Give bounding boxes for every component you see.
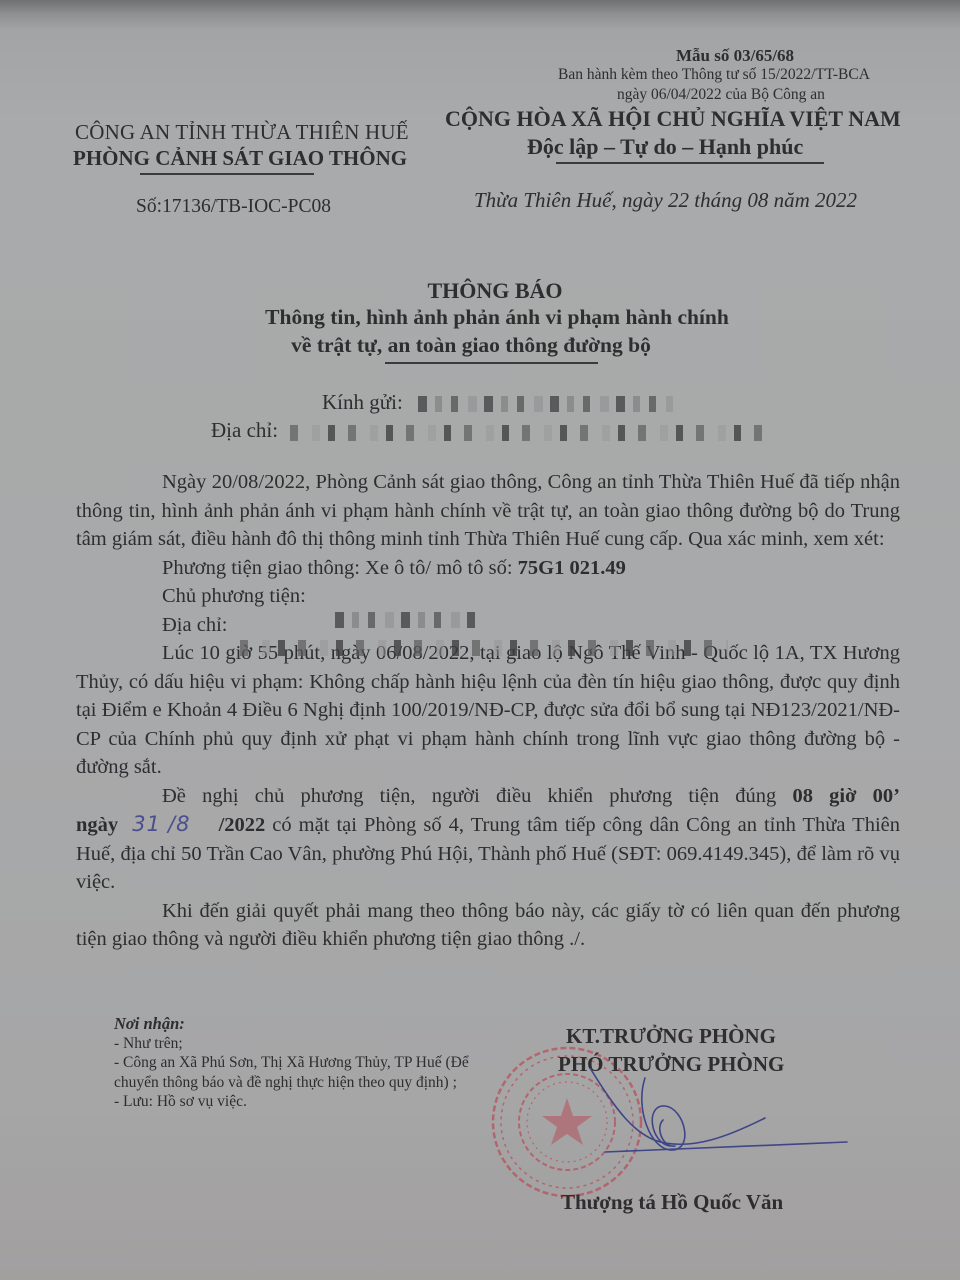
owner-name-redacted [335, 612, 475, 628]
paragraph-violation: Lúc 10 giờ 55 phút, ngày 06/08/2022, tại… [76, 639, 900, 782]
document-subtitle-line-1: Thông tin, hình ảnh phản ánh vi phạm hàn… [0, 305, 960, 330]
document-subtitle-line-2: về trật tự, an toàn giao thông đường bộ [0, 333, 942, 358]
recipients-list: Nơi nhận: - Như trên; - Công an Xã Phú S… [114, 1014, 474, 1112]
document-title: THÔNG BÁO [0, 278, 960, 304]
issuer-agency: CÔNG AN TỈNH THỪA THIÊN HUẾ [75, 120, 409, 145]
summons-date-label: ngày [76, 814, 118, 836]
recipient-address-label: Địa chỉ: [211, 418, 278, 443]
document-page: Mẫu số 03/65/68 Ban hành kèm theo Thông … [0, 0, 960, 1280]
summons-rest: có mặt tại Phòng số 4, Trung tâm tiếp cô… [76, 814, 900, 893]
vehicle-line: Phương tiện giao thông: Xe ô tô/ mô tô s… [76, 554, 900, 583]
handwritten-day: 31 [132, 812, 161, 836]
place-date: Thừa Thiên Huế, ngày 22 tháng 08 năm 202… [474, 188, 857, 213]
handwritten-month: 8 [176, 812, 190, 836]
document-number: Số:17136/TB-IOC-PC08 [136, 196, 331, 218]
country-name: CỘNG HÒA XÃ HỘI CHỦ NGHĨA VIỆT NAM [445, 106, 901, 132]
owner-address-label: Địa chỉ: [162, 614, 227, 636]
title-underline [385, 362, 598, 364]
issued-with-line-1: Ban hành kèm theo Thông tư số 15/2022/TT… [558, 66, 870, 84]
recipient-item: - Như trên; [114, 1034, 474, 1054]
summons-year: /2022 [219, 814, 266, 836]
form-number: Mẫu số 03/65/68 [676, 46, 794, 66]
document-body: Ngày 20/08/2022, Phòng Cảnh sát giao thô… [76, 468, 900, 954]
owner-address-line: Địa chỉ: [76, 611, 900, 640]
issued-with-line-2: ngày 06/04/2022 của Bộ Công an [617, 86, 825, 104]
paragraph-received-info: Ngày 20/08/2022, Phòng Cảnh sát giao thô… [76, 468, 900, 554]
recipient-item: - Công an Xã Phú Sơn, Thị Xã Hương Thủy,… [114, 1053, 474, 1092]
owner-address-redacted [240, 640, 728, 656]
recipient-name-redacted [418, 396, 673, 412]
handwritten-signature-icon [585, 1068, 850, 1163]
signature-title-line-2: PHÓ TRƯỞNG PHÒNG [558, 1052, 784, 1077]
summons-time: 08 giờ 00’ [793, 785, 901, 807]
vehicle-label: Phương tiện giao thông: Xe ô tô/ mô tô s… [162, 557, 518, 579]
issuer-underline [140, 173, 314, 175]
paragraph-summons: Đề nghị chủ phương tiện, người điều khiể… [76, 782, 900, 897]
recipient-address-redacted [290, 425, 770, 441]
signer-name: Thượng tá Hồ Quốc Văn [561, 1190, 783, 1215]
recipient-label: Kính gửi: [322, 390, 403, 415]
national-motto: Độc lập – Tự do – Hạnh phúc [527, 134, 803, 160]
recipient-item: - Lưu: Hồ sơ vụ việc. [114, 1092, 474, 1112]
signature-title-line-1: KT.TRƯỞNG PHÒNG [566, 1024, 776, 1049]
issuer-department: PHÒNG CẢNH SÁT GIAO THÔNG [73, 146, 407, 171]
recipients-header: Nơi nhận: [114, 1014, 474, 1034]
summons-lead: Đề nghị chủ phương tiện, người điều khiể… [162, 785, 793, 807]
owner-label: Chủ phương tiện: [162, 585, 306, 607]
owner-line: Chủ phương tiện: [76, 582, 900, 611]
paragraph-bring-documents: Khi đến giải quyết phải mang theo thông … [76, 897, 900, 954]
motto-underline [556, 162, 824, 164]
vehicle-plate: 75G1 021.49 [518, 557, 626, 579]
